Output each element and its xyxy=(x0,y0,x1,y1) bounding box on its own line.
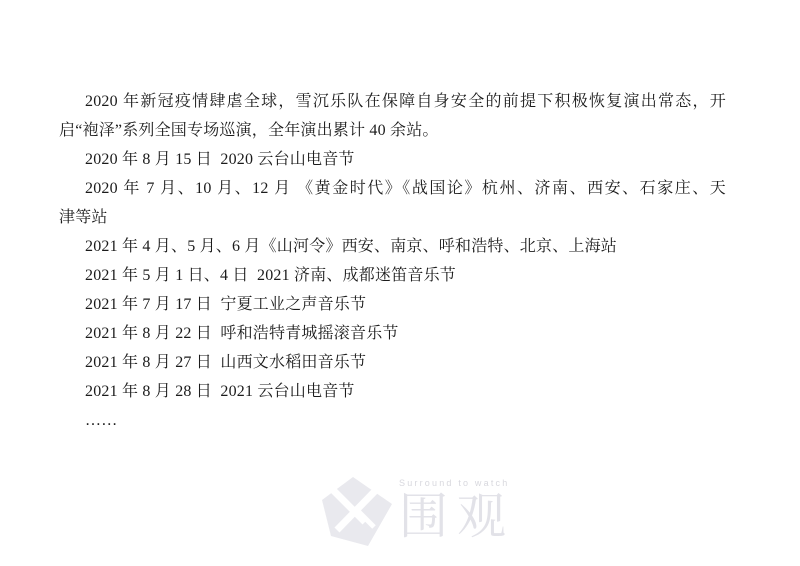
text-line: 2021 年 8 月 27 日 山西文水稻田音乐节 xyxy=(59,348,726,377)
text-line: 2021 年 7 月 17 日 宁夏工业之声音乐节 xyxy=(59,290,726,319)
text-line: 2020 年 7 月、10 月、12 月 《黄金时代》《战国论》杭州、济南、西安… xyxy=(59,174,726,203)
body-text: 2020 年新冠疫情肆虐全球，雪沉乐队在保障自身安全的前提下积极恢复演出常态，开… xyxy=(59,87,726,435)
text-line: 2020 年 8 月 15 日 2020 云台山电音节 xyxy=(59,145,726,174)
watermark: Surround to watch 围观 xyxy=(322,477,515,546)
text-line: 2021 年 8 月 22 日 呼和浩特青城摇滚音乐节 xyxy=(59,319,726,348)
watermark-text-block: Surround to watch 围观 xyxy=(399,477,515,544)
text-line: …… xyxy=(59,406,726,435)
text-line: 2021 年 5 月 1 日、4 日 2021 济南、成都迷笛音乐节 xyxy=(59,261,726,290)
text-line: 启“袍泽”系列全国专场巡演，全年演出累计 40 余站。 xyxy=(59,116,726,145)
watermark-logo-text: 围观 xyxy=(399,489,515,544)
text-line: 津等站 xyxy=(59,203,726,232)
watermark-tagline: Surround to watch xyxy=(399,477,515,489)
shield-monogram-icon xyxy=(322,477,392,546)
text-line: 2021 年 4 月、5 月、6 月《山河令》西安、南京、呼和浩特、北京、上海站 xyxy=(59,232,726,261)
document-page: 2020 年新冠疫情肆虐全球，雪沉乐队在保障自身安全的前提下积极恢复演出常态，开… xyxy=(0,0,800,566)
text-line: 2021 年 8 月 28 日 2021 云台山电音节 xyxy=(59,377,726,406)
text-line: 2020 年新冠疫情肆虐全球，雪沉乐队在保障自身安全的前提下积极恢复演出常态，开 xyxy=(59,87,726,116)
